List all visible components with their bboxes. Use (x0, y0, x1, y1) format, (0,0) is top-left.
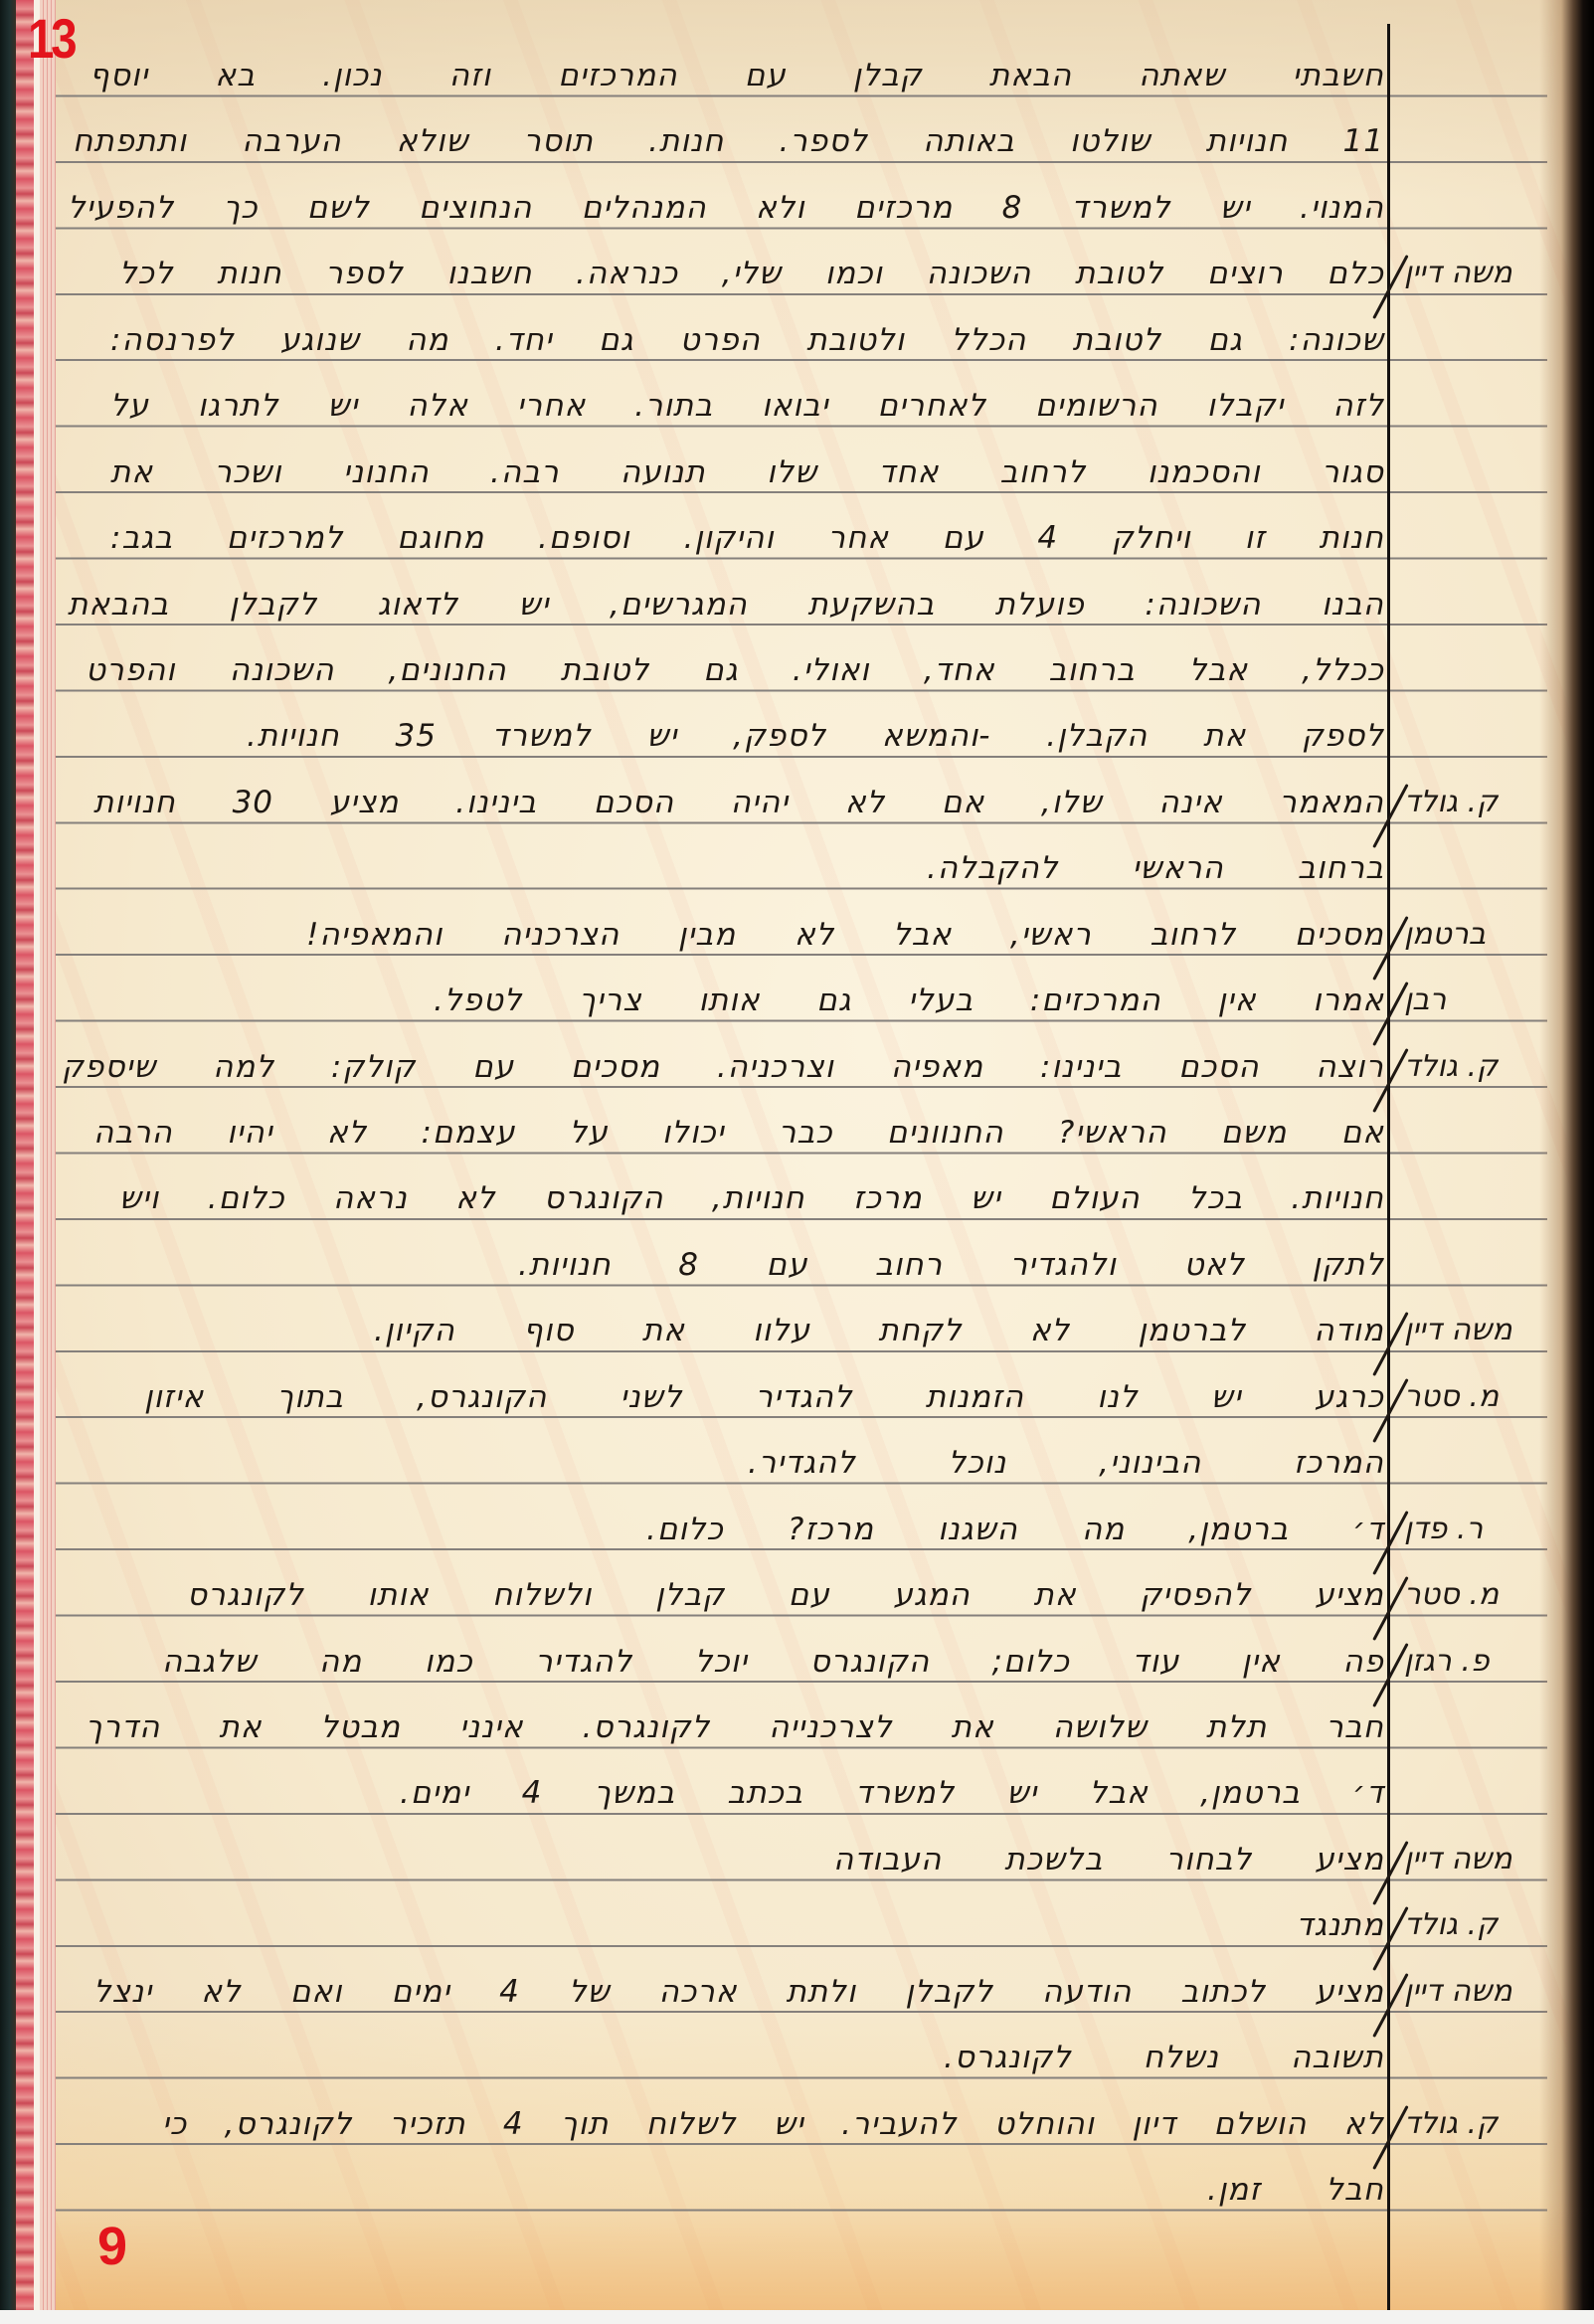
speaker-entry: משה דיין (1392, 1308, 1563, 1353)
text-line: המנוי. יש למשרד 8 מרכזים ולא המנהלים הנח… (68, 187, 1384, 229)
text-line: המאמר אינה שלו, אם לא יהיה הסכם בינינו. … (93, 782, 1384, 823)
speaker-clip: ברטמן (1404, 912, 1563, 958)
left-marbled-edge (16, 0, 34, 2310)
speaker-entry: ברטמן (1392, 912, 1563, 958)
speaker-clip: משה דיין (1404, 1308, 1563, 1353)
speaker-clip: משה דיין (1404, 1969, 1563, 2015)
text-line: המרכז הבינוני, נוכל להגדיר. (748, 1442, 1384, 1484)
speaker-entry: מ. סטר (1392, 1572, 1563, 1618)
text-line: הבנו השכונה: פועלת בהשקעת המגרשים, יש לד… (68, 584, 1384, 626)
text-line: פה אין עוד כלום; הקונגרס יוכל להגדיר כמו… (162, 1641, 1384, 1683)
left-binding-edge (0, 0, 16, 2310)
speaker-name: פ. רגזן (1404, 1639, 1490, 1685)
speaker-name: משה דיין (1404, 1837, 1512, 1882)
text-line: אם משם הראשי? החנוונים כבר יכולו על עצמם… (93, 1112, 1384, 1154)
speaker-entry: ר. פדן (1392, 1507, 1563, 1552)
speaker-clip: משה דיין (1404, 251, 1563, 296)
scan-border (0, 2310, 1594, 2324)
text-line: ברחוב הראשי להקבלה. (927, 847, 1384, 889)
speaker-clip: רבן (1404, 978, 1563, 1023)
text-line: חבר תלת שלושה את לצרכנייה לקונגרס. אינני… (86, 1706, 1384, 1748)
speaker-name: ר. פדן (1404, 1507, 1483, 1552)
speaker-name: ק. גולד (1404, 780, 1498, 825)
text-line: חבל זמן. (1207, 2169, 1384, 2211)
speaker-clip: מ. סטר (1404, 1572, 1563, 1618)
text-line: חנויות. בכל העולם יש מרכז חנויות, הקונגר… (119, 1177, 1384, 1219)
text-line: מסכים לרחוב ראשי, אבל לא מבין הצרכניה וה… (306, 914, 1384, 956)
speaker-name: ברטמן (1404, 912, 1486, 958)
text-line: כרגע יש לנו הזמנות להגדיר לשני הקונגרס, … (144, 1376, 1384, 1418)
text-line: חשבתי שאתה הבאת קבלן עם המרכזים וזה נכון… (89, 55, 1384, 96)
speaker-clip: ק. גולד (1404, 2101, 1563, 2147)
speaker-margin-line (1387, 24, 1390, 2310)
speaker-clip: ר. פדן (1404, 1507, 1563, 1552)
speaker-entry: פ. רגזן (1392, 1639, 1563, 1685)
right-binding-shadow (1539, 0, 1594, 2310)
speaker-name: משה דיין (1404, 1308, 1512, 1353)
speaker-clip: ק. גולד (1404, 1902, 1563, 1948)
text-line: מודה לברטמן לא לקחת עלוו את סוף הקיון. (374, 1310, 1384, 1351)
text-line: מציע להפסיק את המגע עם קבלן ולשלוח אותו … (187, 1574, 1384, 1616)
left-margin-stripes (40, 0, 56, 2310)
text-line: מציע לכתוב הודעה לקבלן ולתת ארכה של 4 ימ… (93, 1971, 1384, 2013)
speaker-name: רבן (1404, 978, 1446, 1023)
speaker-name: ק. גולד (1404, 1044, 1498, 1090)
speaker-entry: משה דיין (1392, 251, 1563, 296)
text-line: לזה יקבלו הרשומים לאחרים יבואו בתור. אחר… (110, 385, 1384, 427)
speaker-entry: ק. גולד (1392, 2101, 1563, 2147)
text-line: לספק את הקבלן. -והמשא לספק, יש למשרד 35 … (247, 715, 1384, 757)
text-line: לתקן לאט ולהגדיר רחוב עם 8 חנויות. (518, 1244, 1384, 1286)
text-line: ד׳ ברטמן, אבל יש למשרד בכתב במשך 4 ימים. (400, 1772, 1384, 1814)
text-line: תשובה נשלח לקונגרס. (944, 2037, 1384, 2078)
page-number-top: 13 (28, 6, 74, 71)
speaker-entry: ק. גולד (1392, 780, 1563, 825)
notebook-page: 13 9 חשבתי שאתה הבאת קבלן עם המרכזים וזה… (0, 0, 1594, 2324)
text-line: מתנגד (1241, 1904, 1384, 1946)
speaker-name: ק. גולד (1404, 1902, 1498, 1948)
speaker-entry: ק. גולד (1392, 1044, 1563, 1090)
text-line: 11 חנויות שולטו באותה לספר. חנות. תוסר ש… (73, 120, 1384, 162)
speaker-entry: משה דיין (1392, 1837, 1563, 1882)
text-line: אמרו אין המרכזים: בעלי גם אותו צריך לטפל… (434, 980, 1384, 1021)
speaker-name: משה דיין (1404, 1969, 1512, 2015)
text-line: ככלל, אבל ברחוב אחד, ואולי. גם לטובת החנ… (86, 649, 1384, 691)
speaker-clip: משה דיין (1404, 1837, 1563, 1882)
speaker-name: מ. סטר (1404, 1572, 1499, 1618)
text-line: כלם רוצים לטובת השכונה וכמו שלי, כנראה. … (119, 253, 1384, 294)
page-number-bottom: 9 (97, 2216, 127, 2277)
speaker-clip: ק. גולד (1404, 1044, 1563, 1090)
text-line: מציע לבחור בלשכת העבודה (833, 1839, 1384, 1880)
speaker-name: ק. גולד (1404, 2101, 1498, 2147)
speaker-clip: מ. סטר (1404, 1374, 1563, 1420)
speaker-name: מ. סטר (1404, 1374, 1499, 1420)
speaker-entry: ק. גולד (1392, 1902, 1563, 1948)
text-line: ד׳ ברטמן, מה השגנו מרכז? כלום. (646, 1509, 1384, 1550)
text-line: לא הושלם דיון והוחלט להעביר. יש לשלוח תו… (162, 2103, 1384, 2145)
speaker-name: משה דיין (1404, 251, 1512, 296)
speaker-entry: מ. סטר (1392, 1374, 1563, 1420)
text-line: רוצה הסכם בינינו: מאפיה וצרכניה. מסכים ע… (62, 1046, 1384, 1088)
speaker-entry: משה דיין (1392, 1969, 1563, 2015)
text-line: שכונה: גם לטובת הכלל ולטובת הפרט גם יחד.… (110, 319, 1384, 361)
speaker-clip: ק. גולד (1404, 780, 1563, 825)
speaker-clip: פ. רגזן (1404, 1639, 1563, 1685)
text-line: חנות זו ויחלק 4 עם אחר והיקון. וסופם. מח… (110, 517, 1384, 559)
text-line: סגור והסכמנו לרחוב אחד שלו תנועה רבה. הח… (110, 451, 1384, 493)
speaker-entry: רבן (1392, 978, 1563, 1023)
